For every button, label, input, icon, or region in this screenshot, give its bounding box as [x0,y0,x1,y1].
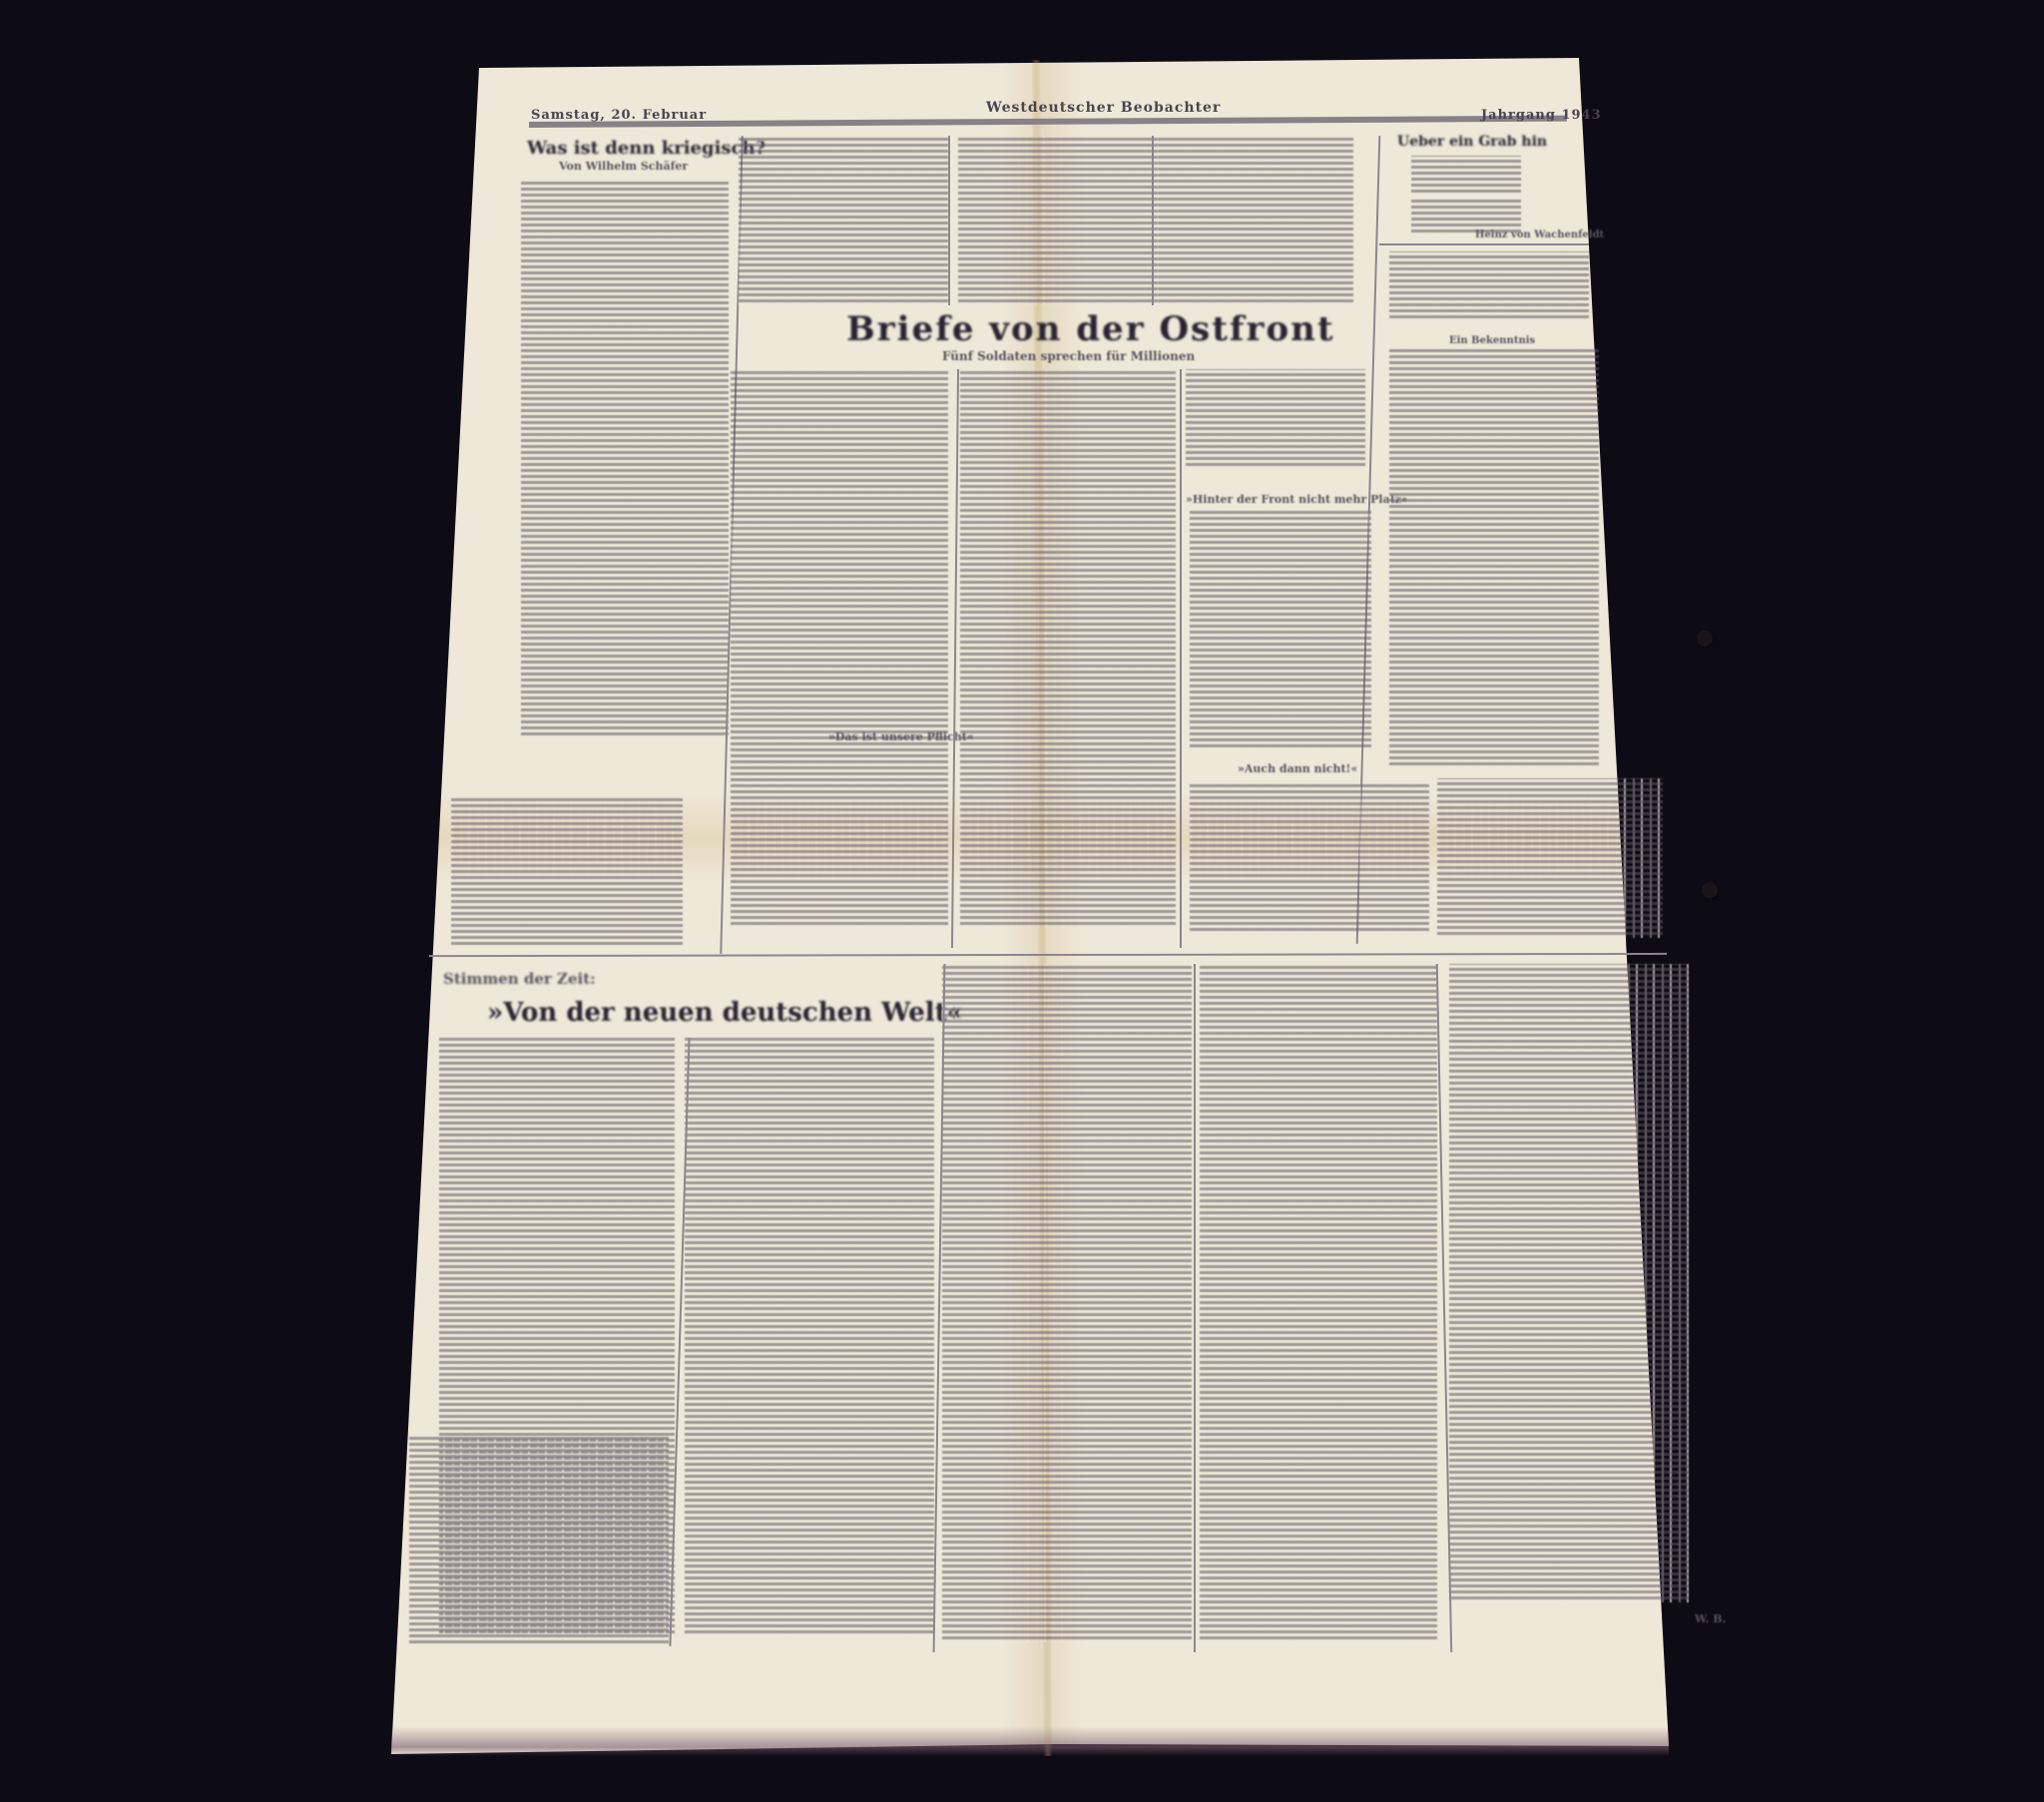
masthead-volume: Jahrgang 1943 [1481,108,1602,123]
feature-body-text [1190,511,1371,750]
article-body-text [1389,349,1599,768]
article-byline: Von Wilhelm Schäfer [559,160,688,173]
punch-hole-icon [1697,631,1713,647]
newspaper-page: Samstag, 20. Februar Westdeutscher Beoba… [0,0,2044,1802]
feature-section-title: »Auch dann nicht!« [1238,762,1357,775]
article-body-text [958,136,1158,305]
column-rule [948,136,950,305]
article-body-text [1158,136,1353,305]
article-body-text [1200,964,1437,1642]
article-body-text [685,1038,934,1636]
bottom-headline: »Von der neuen deutschen Welt« [487,998,963,1028]
feature-subheadline: Fünf Soldaten sprechen für Millionen [942,349,1195,363]
article-body-text [1389,251,1589,321]
poem-text [1411,156,1521,196]
feature-section-title: »Das ist unsere Pflicht« [828,730,974,743]
column-rule [1152,136,1154,305]
poem-title: Ueber ein Grab hin [1397,134,1547,150]
article-body-text [521,180,729,738]
feature-body-text [1190,784,1429,934]
column-rule [1194,964,1196,1652]
bottom-edge-shadow [391,1726,1669,1756]
section-rule [1379,243,1589,245]
article-body-text [1437,778,1663,938]
article-body-text [409,1437,669,1646]
poem-author: Heinz von Wachenfeldt [1475,229,1604,240]
masthead-date: Samstag, 20. Februar [531,108,707,123]
feature-body-text [1186,369,1365,469]
feature-headline: Briefe von der Ostfront [846,309,1335,349]
feature-section-title: »Hinter der Front nicht mehr Platz« [1186,493,1408,506]
article-signature: W. B. [1695,1612,1726,1625]
bottom-kicker: Stimmen der Zeit: [443,970,596,988]
article-body-text [451,798,683,948]
article-body-text [739,136,948,305]
article-headline: Was ist denn kriegisch? [527,138,766,159]
feature-body-text [960,369,1176,928]
article-body-text [1449,964,1689,1602]
masthead-paper-name: Westdeutscher Beobachter [986,100,1221,116]
article-body-text [942,964,1192,1642]
column-rule [1180,369,1182,948]
punch-hole-icon [1702,882,1718,898]
feature-body-text [731,369,948,928]
notice-title: Ein Bekenntnis [1449,335,1535,346]
